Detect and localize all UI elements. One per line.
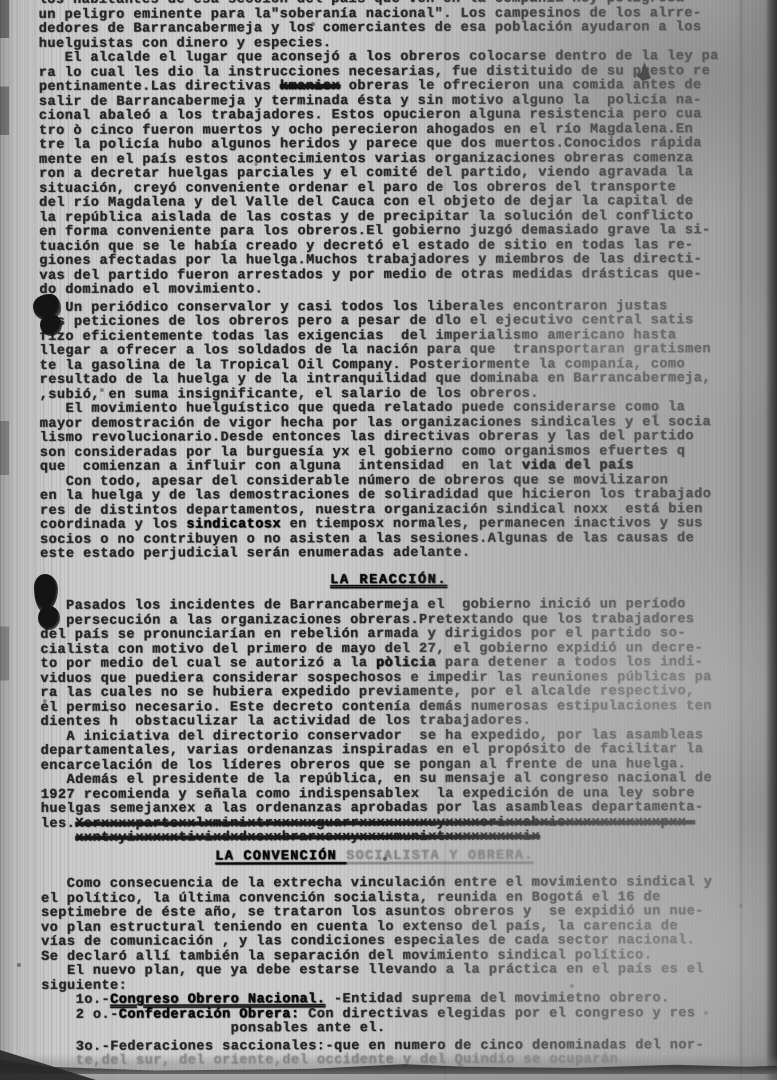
document-line: 2 o.-Confederación Obrera: Con directiva… (41, 1006, 777, 1022)
text-segment: Confederación Obrera: (119, 1007, 300, 1022)
text-segment: obreras le ofrecieron una comida antes d… (340, 78, 702, 94)
text-segment: dedores de Barrancabermeja y los comerci… (39, 20, 702, 37)
text-segment: Congreso Obrero Nacional. (110, 992, 325, 1008)
text-segment: Xerxxxxpartsxxlxminixtrxxxxxguarrxxxxxxx… (75, 815, 695, 832)
section-heading: LA CONVENCIÓN SOCIALISTA Y OBRERA. (41, 848, 777, 864)
text-segment: do dominado el movimiento. (39, 282, 263, 298)
text-segment: sindicatosx (186, 517, 281, 532)
text-segment: El nuevo plan, que ya debe estarse lleva… (41, 962, 704, 979)
document-line: El nuevo plan, que ya debe estarse lleva… (41, 963, 777, 979)
document-line: este estado perjudicial serán enumeradas… (40, 546, 777, 562)
text-segment: 1o.- (41, 993, 110, 1008)
text-segment: 2 o.- (41, 1007, 119, 1022)
text-segment: SOCIALISTA Y OBRERA. (346, 848, 533, 863)
text-segment: LA CONVENCIÓN (215, 849, 346, 864)
right-edge-scan-line (765, 0, 777, 1080)
text-segment: siguiente: (41, 978, 127, 993)
scanned-document-page: los habitantes de esa sección del país q… (0, 0, 777, 1080)
text-segment: ponsables ante el. (41, 1021, 385, 1037)
ink-blot (40, 314, 62, 336)
ink-blot (38, 606, 60, 630)
text-segment: xxntxyixxxxxtivixdxdxsxxbrarxsxxyxxxxmun… (75, 830, 540, 846)
text-segment: vida del país (522, 458, 634, 473)
document-line: vas del partido fueron arrestados y por … (39, 267, 776, 283)
text-segment: para detener a todos los indi- (436, 655, 703, 671)
left-edge-scan-marks (0, 0, 9, 1080)
text-segment: Con directivas elegidas por el congreso … (299, 1006, 695, 1022)
text-segment: vas del partido fueron arrestados y por … (39, 267, 702, 284)
text-segment: LA REACCIÓN. (330, 572, 447, 587)
text-segment: resultado de la huelga y de la intranqui… (40, 371, 711, 388)
text-segment: coordinada y los (40, 518, 186, 533)
document-line: xxntxyixxxxxtivixdxdxsxxbrarxsxxyxxxxmun… (41, 830, 777, 846)
document-line: dedores de Barrancabermeja y los comerci… (39, 21, 776, 37)
document-line: do dominado el movimiento. (39, 282, 776, 298)
document-lines: los habitantes de esa sección del país q… (0, 0, 777, 1070)
section-heading: LA REACCIÓN. (40, 572, 777, 588)
text-segment (41, 831, 75, 846)
text-segment: to por medio del cual se autorizó a la (40, 656, 376, 672)
text-segment: este estado perjudicial serán enumeradas… (40, 546, 470, 562)
text-segment: huelguistas con dinero y especies. (39, 36, 332, 52)
text-segment: pòlicia (376, 656, 436, 671)
text-segment: pentinamente.Las directivas (39, 79, 280, 95)
text-segment: el permiso necesario. Este decreto conte… (40, 699, 711, 716)
text-segment: socios o no contribuyen o no asisten a l… (40, 531, 694, 548)
document-line: ponsables ante el. (41, 1021, 777, 1037)
text-segment: kmanisx (280, 79, 340, 94)
text-segment: les. (41, 816, 75, 831)
text-segment: -Entidad suprema del movimietno obrero. (325, 991, 669, 1007)
